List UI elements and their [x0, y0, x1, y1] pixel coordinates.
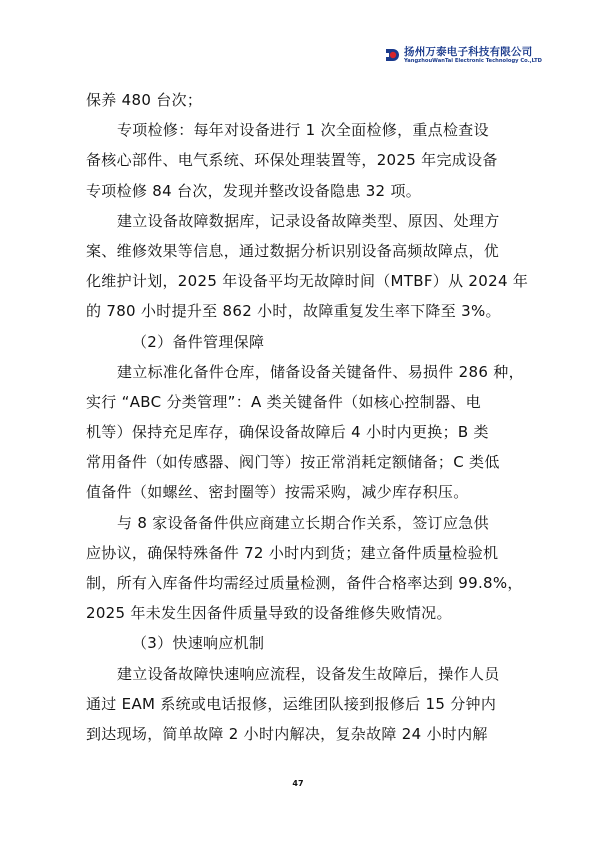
paragraph-line: 应协议，确保特殊备件 72 小时内到货；建立备件质量检验机 [86, 541, 512, 571]
paragraph-line: 机等）保持充足库存，确保设备故障后 4 小时内更换；B 类 [86, 420, 512, 450]
paragraph-line: 建立标准化备件仓库，储备设备关键备件、易损件 286 种， [86, 360, 512, 390]
company-logo-icon [384, 47, 400, 63]
paragraph-line: 备核心部件、电气系统、环保处理装置等，2025 年完成设备 [86, 148, 512, 178]
paragraph-line: 案、维修效果等信息，通过数据分析识别设备高频故障点，优 [86, 239, 512, 269]
paragraph-line: 保养 480 台次； [86, 88, 512, 118]
company-name-en: YangzhouWanTai Electronic Technology Co.… [404, 58, 542, 64]
paragraph-line: 与 8 家设备备件供应商建立长期合作关系，签订应急供 [86, 511, 512, 541]
page-number: 47 [0, 779, 596, 788]
paragraph-line: 实行 “ABC 分类管理”：A 类关键备件（如核心控制器、电 [86, 390, 512, 420]
paragraph-line: 的 780 小时提升至 862 小时，故障重复发生率下降至 3%。 [86, 299, 512, 329]
paragraph-line: 专项检修：每年对设备进行 1 次全面检修，重点检查设 [86, 118, 512, 148]
document-body: 保养 480 台次； 专项检修：每年对设备进行 1 次全面检修，重点检查设 备核… [86, 88, 512, 752]
paragraph-line: 2025 年未发生因备件质量导致的设备维修失败情况。 [86, 601, 512, 631]
paragraph-line: 建立设备故障数据库，记录设备故障类型、原因、处理方 [86, 209, 512, 239]
paragraph-line: 化维护计划，2025 年设备平均无故障时间（MTBF）从 2024 年 [86, 269, 512, 299]
section-heading: （3）快速响应机制 [86, 631, 512, 661]
page-header: 扬州万泰电子科技有限公司 YangzhouWanTai Electronic T… [384, 44, 534, 70]
paragraph-line: 值备件（如螺丝、密封圈等）按需采购，减少库存积压。 [86, 480, 512, 510]
section-heading: （2）备件管理保障 [86, 330, 512, 360]
paragraph-line: 制，所有入库备件均需经过质量检测，备件合格率达到 99.8%， [86, 571, 512, 601]
paragraph-line: 建立设备故障快速响应流程，设备发生故障后，操作人员 [86, 662, 512, 692]
paragraph-line: 常用备件（如传感器、阀门等）按正常消耗定额储备；C 类低 [86, 450, 512, 480]
company-name-cn: 扬州万泰电子科技有限公司 [404, 44, 532, 59]
paragraph-line: 专项检修 84 台次，发现并整改设备隐患 32 项。 [86, 179, 512, 209]
paragraph-line: 通过 EAM 系统或电话报修，运维团队接到报修后 15 分钟内 [86, 692, 512, 722]
paragraph-line: 到达现场，简单故障 2 小时内解决，复杂故障 24 小时内解 [86, 722, 512, 752]
